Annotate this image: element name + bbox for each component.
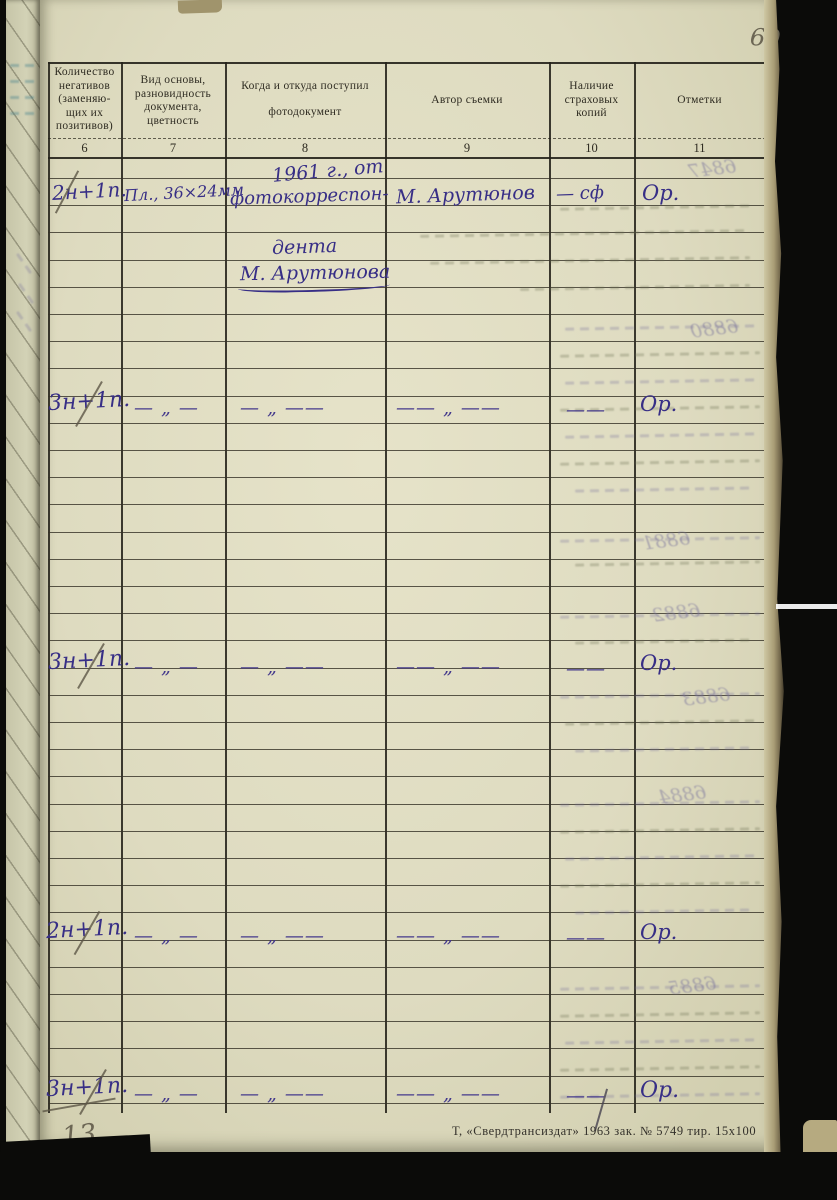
header-number-separator bbox=[48, 138, 766, 139]
entry-3-author-ditto: —— „ —— bbox=[396, 656, 501, 678]
column-header-6: Количество негативов (заменяю- щих их по… bbox=[48, 66, 121, 134]
entry-3-basis-ditto: — „ — bbox=[134, 656, 199, 678]
entry-1-copies: — сф bbox=[556, 182, 605, 205]
entry-2-basis-ditto: — „ — bbox=[134, 397, 199, 419]
entry-4-origin-ditto: — „ —— bbox=[240, 925, 325, 947]
header-line: разновидность bbox=[121, 88, 225, 102]
ruled-line bbox=[48, 967, 766, 968]
entry-2-marks: Ор. bbox=[640, 392, 677, 416]
table-border-left bbox=[48, 62, 50, 1113]
ruled-line bbox=[48, 450, 766, 451]
ruled-line bbox=[48, 423, 766, 424]
entry-4-copies: —— bbox=[566, 927, 606, 949]
header-line: Количество bbox=[48, 66, 121, 80]
column-number-7: 7 bbox=[121, 141, 225, 156]
ruled-line bbox=[48, 368, 766, 369]
header-line: Когда и откуда поступил bbox=[225, 80, 385, 94]
ruled-line bbox=[48, 559, 766, 560]
ruled-line bbox=[48, 341, 766, 342]
column-border-10-11 bbox=[634, 62, 636, 1113]
ruled-line bbox=[48, 1076, 766, 1077]
scan-background bbox=[0, 1152, 837, 1200]
entry-1-marks: Ор. bbox=[642, 181, 679, 205]
header-line: фотодокумент bbox=[225, 106, 385, 120]
ruled-line bbox=[48, 1021, 766, 1022]
entry-5-author-ditto: —— „ —— bbox=[396, 1083, 501, 1105]
entry-3-origin-ditto: — „ —— bbox=[240, 656, 325, 678]
column-header-9: Автор съемки bbox=[385, 94, 549, 108]
header-line: страховых bbox=[549, 94, 634, 108]
entry-3-marks: Ор. bbox=[640, 651, 677, 675]
column-border-8-9 bbox=[385, 62, 387, 1113]
entry-3-copies: —— bbox=[566, 658, 606, 680]
header-line: Автор съемки bbox=[385, 94, 549, 108]
ruled-line bbox=[48, 314, 766, 315]
column-border-7-8 bbox=[225, 62, 227, 1113]
ruled-line bbox=[48, 178, 766, 179]
column-header-8: Когда и откуда поступил фотодокумент bbox=[225, 80, 385, 119]
ruled-line bbox=[48, 994, 766, 995]
column-header-11: Отметки bbox=[634, 94, 765, 108]
header-line: Отметки bbox=[634, 94, 765, 108]
entry-1-origin-line-3: дента bbox=[272, 235, 338, 259]
entry-4-basis-ditto: — „ — bbox=[134, 925, 199, 947]
header-line: цветность bbox=[121, 115, 225, 129]
entry-2-origin-ditto: — „ —— bbox=[240, 397, 325, 419]
bleedthrough-scribble bbox=[10, 64, 36, 67]
header-bottom-border bbox=[48, 157, 766, 159]
entry-1-origin-line-4: М. Арутюнова bbox=[240, 261, 391, 286]
column-number-11: 11 bbox=[634, 141, 765, 156]
entry-5-basis-ditto: — „ — bbox=[134, 1083, 199, 1105]
header-line: (заменяю- bbox=[48, 93, 121, 107]
header-line: копий bbox=[549, 107, 634, 121]
header-line: документа, bbox=[121, 101, 225, 115]
ruled-line bbox=[48, 586, 766, 587]
column-number-10: 10 bbox=[549, 141, 634, 156]
bleedthrough-scribble bbox=[10, 96, 36, 99]
header-line: позитивов) bbox=[48, 120, 121, 134]
column-border-9-10 bbox=[549, 62, 551, 1113]
scanner-artifact-line bbox=[776, 604, 837, 609]
ruled-line bbox=[48, 776, 766, 777]
entry-2-author-ditto: —— „ —— bbox=[396, 397, 501, 419]
header-line: негативов bbox=[48, 80, 121, 94]
previous-page-edge bbox=[6, 0, 40, 1150]
ruled-line bbox=[48, 504, 766, 505]
bleedthrough-scribble bbox=[10, 112, 36, 115]
ruled-line bbox=[48, 477, 766, 478]
entry-4-author-ditto: —— „ —— bbox=[396, 925, 501, 947]
column-number-8: 8 bbox=[225, 141, 385, 156]
printer-imprint: Т, «Свердтрансиздат» 1963 зак. № 5749 ти… bbox=[452, 1124, 756, 1139]
entry-5-origin-ditto: — „ —— bbox=[240, 1083, 325, 1105]
header-line: щих их bbox=[48, 107, 121, 121]
scanned-register-page: Количество негативов (заменяю- щих их по… bbox=[0, 0, 837, 1200]
entry-4-marks: Ор. bbox=[640, 920, 677, 944]
header-line: Вид основы, bbox=[121, 74, 225, 88]
table-top-border bbox=[48, 62, 766, 64]
book-edge-sliver bbox=[178, 0, 222, 14]
column-number-6: 6 bbox=[48, 141, 121, 156]
column-number-9: 9 bbox=[385, 141, 549, 156]
column-border-6-7 bbox=[121, 62, 123, 1113]
column-header-10: Наличие страховых копий bbox=[549, 80, 634, 121]
entry-5-marks: Ор. bbox=[640, 1078, 679, 1103]
column-header-7: Вид основы, разновидность документа, цве… bbox=[121, 74, 225, 128]
entry-5-copies: —— bbox=[566, 1085, 606, 1107]
torn-page-edge bbox=[764, 0, 786, 1152]
bleedthrough-scribble bbox=[10, 80, 36, 83]
paper-sheet bbox=[40, 0, 772, 1152]
entry-2-copies: —— bbox=[566, 399, 606, 421]
header-line: Наличие bbox=[549, 80, 634, 94]
ruled-line bbox=[48, 1048, 766, 1049]
